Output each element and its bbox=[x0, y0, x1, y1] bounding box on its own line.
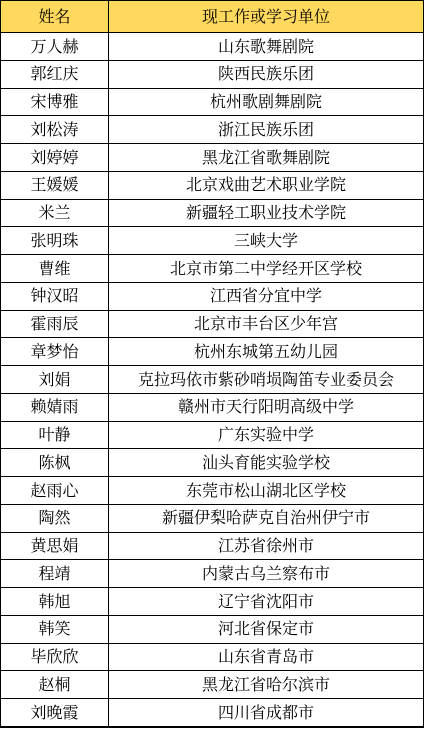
table-row: 宋博雅 杭州歌剧舞剧院 bbox=[1, 88, 424, 116]
table-row: 钟汉昭 江西省分宜中学 bbox=[1, 282, 424, 310]
org-cell: 三峡大学 bbox=[109, 227, 424, 255]
table-row: 韩笑 河北省保定市 bbox=[1, 615, 424, 643]
org-cell: 山东歌舞剧院 bbox=[109, 33, 424, 61]
org-cell: 山东省青岛市 bbox=[109, 643, 424, 671]
table-row: 刘娟 克拉玛依市紫砂哨埙陶笛专业委员会 bbox=[1, 366, 424, 394]
name-cell: 韩笑 bbox=[1, 615, 109, 643]
name-cell: 赵桐 bbox=[1, 671, 109, 699]
name-cell: 刘娟 bbox=[1, 366, 109, 394]
roster-page: 姓名 现工作或学习单位 万人赫 山东歌舞剧院 郭红庆 陕西民族乐团 宋博雅 杭州… bbox=[0, 0, 425, 728]
name-cell: 霍雨辰 bbox=[1, 310, 109, 338]
org-cell: 陕西民族乐团 bbox=[109, 60, 424, 88]
name-cell: 叶静 bbox=[1, 421, 109, 449]
table-row: 张明珠 三峡大学 bbox=[1, 227, 424, 255]
table-row: 陶然 新疆伊梨哈萨克自治州伊宁市 bbox=[1, 504, 424, 532]
name-cell: 刘婷婷 bbox=[1, 144, 109, 172]
roster-table: 姓名 现工作或学习单位 万人赫 山东歌舞剧院 郭红庆 陕西民族乐团 宋博雅 杭州… bbox=[0, 0, 424, 728]
org-cell: 黑龙江省歌舞剧院 bbox=[109, 144, 424, 172]
name-cell: 宋博雅 bbox=[1, 88, 109, 116]
org-cell: 江西省分宜中学 bbox=[109, 282, 424, 310]
header-row: 姓名 现工作或学习单位 bbox=[1, 1, 424, 33]
org-cell: 赣州市天行阳明高级中学 bbox=[109, 393, 424, 421]
name-cell: 赖婧雨 bbox=[1, 393, 109, 421]
table-row: 刘晚霞 四川省成都市 bbox=[1, 699, 424, 728]
org-cell: 江苏省徐州市 bbox=[109, 532, 424, 560]
org-cell: 黑龙江省哈尔滨市 bbox=[109, 671, 424, 699]
org-cell: 新疆轻工职业技术学院 bbox=[109, 199, 424, 227]
table-row: 刘婷婷 黑龙江省歌舞剧院 bbox=[1, 144, 424, 172]
name-cell: 刘晚霞 bbox=[1, 699, 109, 728]
table-row: 郭红庆 陕西民族乐团 bbox=[1, 60, 424, 88]
org-cell: 广东实验中学 bbox=[109, 421, 424, 449]
org-cell: 辽宁省沈阳市 bbox=[109, 588, 424, 616]
table-row: 王媛媛 北京戏曲艺术职业学院 bbox=[1, 171, 424, 199]
org-cell: 北京市丰台区少年宫 bbox=[109, 310, 424, 338]
name-cell: 章梦怡 bbox=[1, 338, 109, 366]
org-cell: 杭州东城第五幼儿园 bbox=[109, 338, 424, 366]
table-row: 万人赫 山东歌舞剧院 bbox=[1, 33, 424, 61]
org-cell: 杭州歌剧舞剧院 bbox=[109, 88, 424, 116]
name-cell: 钟汉昭 bbox=[1, 282, 109, 310]
name-cell: 王媛媛 bbox=[1, 171, 109, 199]
name-cell: 万人赫 bbox=[1, 33, 109, 61]
table-row: 陈枫 汕头育能实验学校 bbox=[1, 449, 424, 477]
table-row: 毕欣欣 山东省青岛市 bbox=[1, 643, 424, 671]
name-cell: 陈枫 bbox=[1, 449, 109, 477]
name-cell: 陶然 bbox=[1, 504, 109, 532]
org-cell: 河北省保定市 bbox=[109, 615, 424, 643]
name-cell: 程靖 bbox=[1, 560, 109, 588]
table-row: 曹维 北京市第二中学经开区学校 bbox=[1, 255, 424, 283]
name-cell: 赵雨心 bbox=[1, 477, 109, 505]
table-row: 叶静 广东实验中学 bbox=[1, 421, 424, 449]
name-cell: 米兰 bbox=[1, 199, 109, 227]
org-cell: 北京戏曲艺术职业学院 bbox=[109, 171, 424, 199]
name-cell: 张明珠 bbox=[1, 227, 109, 255]
table-row: 赖婧雨 赣州市天行阳明高级中学 bbox=[1, 393, 424, 421]
header-cell-org: 现工作或学习单位 bbox=[109, 1, 424, 33]
name-cell: 刘松涛 bbox=[1, 116, 109, 144]
name-cell: 黄思娟 bbox=[1, 532, 109, 560]
table-row: 米兰 新疆轻工职业技术学院 bbox=[1, 199, 424, 227]
org-cell: 浙江民族乐团 bbox=[109, 116, 424, 144]
name-cell: 毕欣欣 bbox=[1, 643, 109, 671]
table-row: 赵雨心 东莞市松山湖北区学校 bbox=[1, 477, 424, 505]
name-cell: 郭红庆 bbox=[1, 60, 109, 88]
org-cell: 四川省成都市 bbox=[109, 699, 424, 728]
name-cell: 曹维 bbox=[1, 255, 109, 283]
name-cell: 韩旭 bbox=[1, 588, 109, 616]
header-cell-name: 姓名 bbox=[1, 1, 109, 33]
table-row: 程靖 内蒙古乌兰察布市 bbox=[1, 560, 424, 588]
org-cell: 新疆伊梨哈萨克自治州伊宁市 bbox=[109, 504, 424, 532]
org-cell: 北京市第二中学经开区学校 bbox=[109, 255, 424, 283]
table-row: 霍雨辰 北京市丰台区少年宫 bbox=[1, 310, 424, 338]
table-row: 黄思娟 江苏省徐州市 bbox=[1, 532, 424, 560]
org-cell: 克拉玛依市紫砂哨埙陶笛专业委员会 bbox=[109, 366, 424, 394]
org-cell: 东莞市松山湖北区学校 bbox=[109, 477, 424, 505]
org-cell: 汕头育能实验学校 bbox=[109, 449, 424, 477]
table-row: 章梦怡 杭州东城第五幼儿园 bbox=[1, 338, 424, 366]
table-row: 韩旭 辽宁省沈阳市 bbox=[1, 588, 424, 616]
table-row: 刘松涛 浙江民族乐团 bbox=[1, 116, 424, 144]
table-row: 赵桐 黑龙江省哈尔滨市 bbox=[1, 671, 424, 699]
org-cell: 内蒙古乌兰察布市 bbox=[109, 560, 424, 588]
